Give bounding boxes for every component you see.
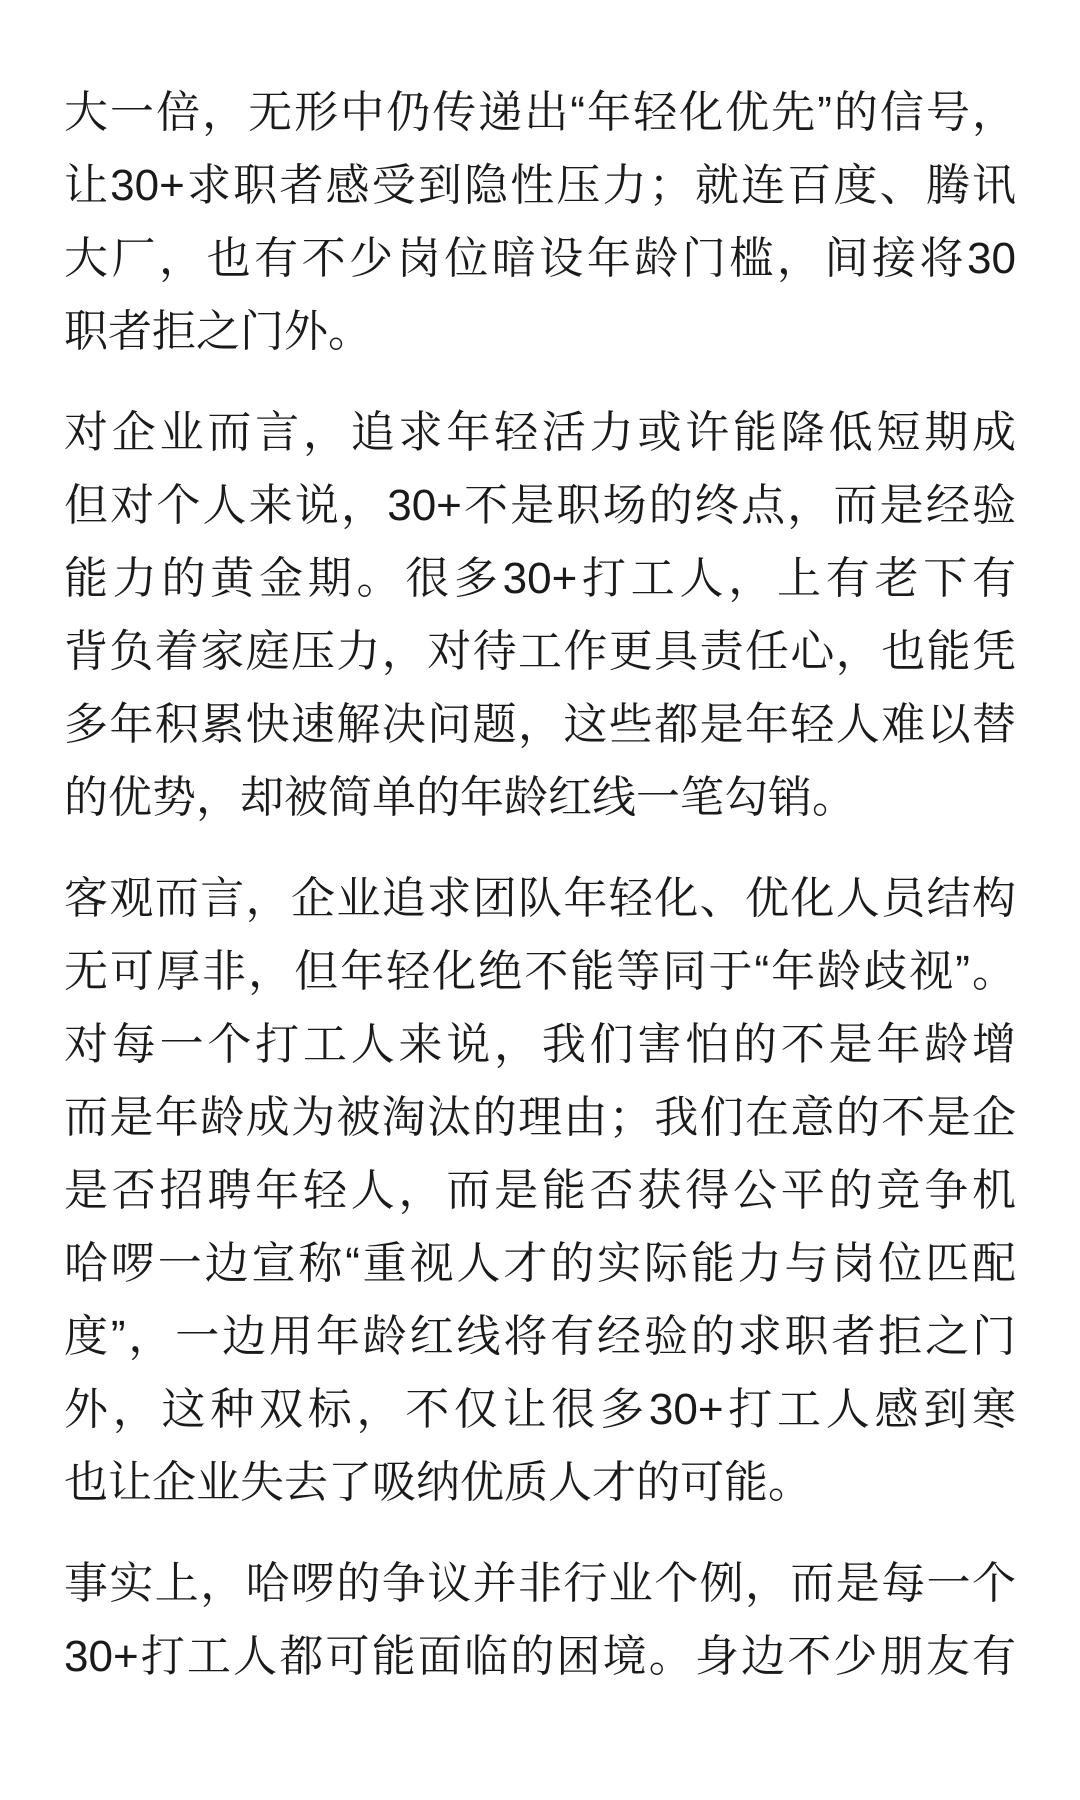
text-line: 的优势，却被简单的年龄红线一笔勾销。	[64, 761, 1016, 834]
text-line: 哈啰一边宣称“重视人才的实际能力与岗位匹配	[64, 1227, 1016, 1300]
text-line: 也让企业失去了吸纳优质人才的可能。	[64, 1446, 1016, 1519]
text-line: 大厂，也有不少岗位暗设年龄门槛，间接将30+求	[64, 222, 1016, 295]
text-line: 外，这种双标，不仅让很多30+打工人感到寒心，	[64, 1373, 1016, 1446]
text-line: 对企业而言，追求年轻活力或许能降低短期成本，	[64, 396, 1016, 469]
text-line: 能力的黄金期。很多30+打工人，上有老下有小，	[64, 542, 1016, 615]
paragraph-2: 对企业而言，追求年轻活力或许能降低短期成本， 但对个人来说，30+不是职场的终点…	[64, 396, 1016, 834]
article-page[interactable]: 大一倍，无形中仍传递出“年轻化优先”的信号， 让30+求职者感受到隐性压力；就连…	[0, 0, 1080, 1800]
text-line: 大一倍，无形中仍传递出“年轻化优先”的信号，	[64, 76, 1016, 149]
text-line: 但对个人来说，30+不是职场的终点，而是经验和	[64, 469, 1016, 542]
text-line: 职者拒之门外。	[64, 295, 1016, 368]
text-line: 客观而言，企业追求团队年轻化、优化人员结构本	[64, 862, 1016, 935]
text-line: 是否招聘年轻人，而是能否获得公平的竞争机会。	[64, 1154, 1016, 1227]
paragraph-4: 事实上，哈啰的争议并非行业个例，而是每一个 30+打工人都可能面临的困境。身边不…	[64, 1547, 1016, 1693]
text-line: 度”，一边用年龄红线将有经验的求职者拒之门	[64, 1300, 1016, 1373]
text-line: 背负着家庭压力，对待工作更具责任心，也能凭借	[64, 615, 1016, 688]
text-line: 30+打工人都可能面临的困境。身边不少朋友有类	[64, 1620, 1016, 1693]
text-line: 对每一个打工人来说，我们害怕的不是年龄增长，	[64, 1008, 1016, 1081]
paragraph-3: 客观而言，企业追求团队年轻化、优化人员结构本 无可厚非，但年轻化绝不能等同于“年…	[64, 862, 1016, 1519]
text-line: 无可厚非，但年轻化绝不能等同于“年龄歧视”。	[64, 935, 1016, 1008]
text-line: 多年积累快速解决问题，这些都是年轻人难以替代	[64, 688, 1016, 761]
text-line: 让30+求职者感受到隐性压力；就连百度、腾讯等	[64, 149, 1016, 222]
text-line: 而是年龄成为被淘汰的理由；我们在意的不是企业	[64, 1081, 1016, 1154]
text-line: 事实上，哈啰的争议并非行业个例，而是每一个	[64, 1547, 1016, 1620]
paragraph-1: 大一倍，无形中仍传递出“年轻化优先”的信号， 让30+求职者感受到隐性压力；就连…	[64, 76, 1016, 368]
